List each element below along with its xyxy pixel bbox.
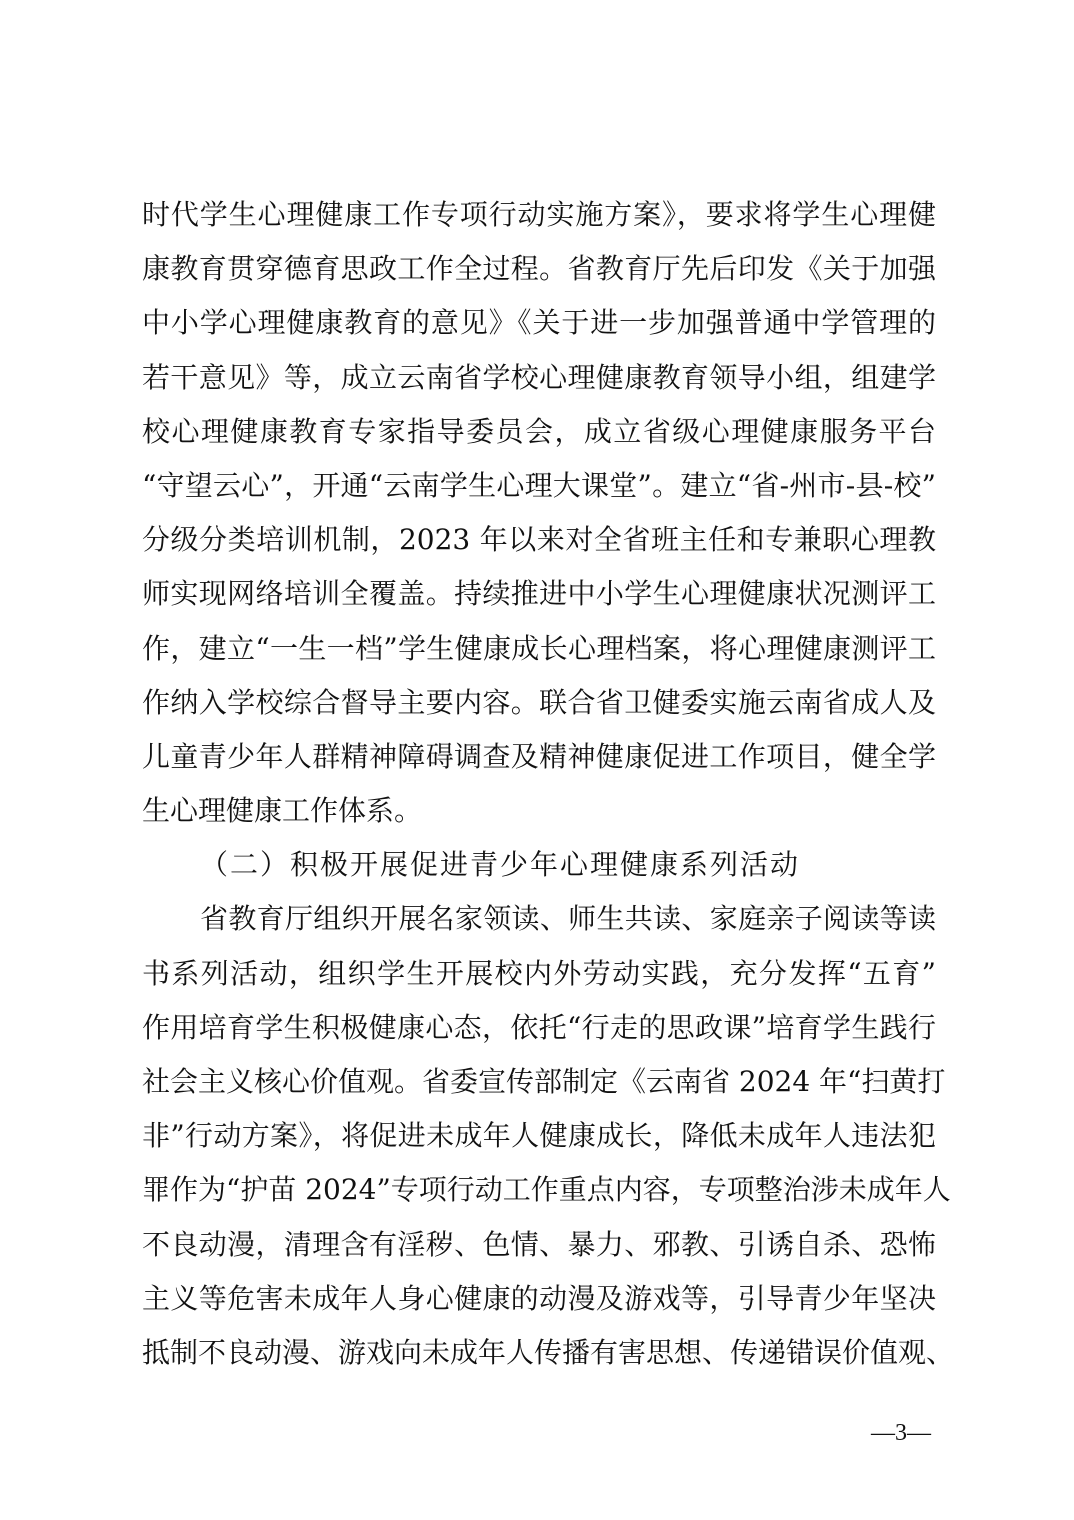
text-line: 时代学生心理健康工作专项行动实施方案》，要求将学生心理健 [142,192,936,246]
text-line: 抵制不良动漫、游戏向未成年人传播有害思想、传递错误价值观、 [142,1330,936,1384]
text-line: 作纳入学校综合督导主要内容。联合省卫健委实施云南省成人及 [142,680,936,734]
text-line: 罪作为“护苗 2024”专项行动工作重点内容，专项整治涉未成年人 [142,1167,936,1221]
text-line: 康教育贯穿德育思政工作全过程。省教育厅先后印发《关于加强 [142,246,936,300]
text-line: 非”行动方案》，将促进未成年人健康成长，降低未成年人违法犯 [142,1113,936,1167]
text-line: “守望云心”，开通“云南学生心理大课堂”。建立“省-州市-县-校” [142,463,936,517]
text-line: 不良动漫，清理含有淫秽、色情、暴力、邪教、引诱自杀、恐怖 [142,1222,936,1276]
text-line: 主义等危害未成年人身心健康的动漫及游戏等，引导青少年坚决 [142,1276,936,1330]
page-number: —3— [866,1420,936,1447]
document-page: 时代学生心理健康工作专项行动实施方案》，要求将学生心理健 康教育贯穿德育思政工作… [142,192,936,1384]
paragraph-1: 时代学生心理健康工作专项行动实施方案》，要求将学生心理健 康教育贯穿德育思政工作… [142,192,936,842]
text-line: 书系列活动，组织学生开展校内外劳动实践，充分发挥“五育” [142,951,936,1005]
text-line: 省教育厅组织开展名家领读、师生共读、家庭亲子阅读等读 [142,896,936,950]
text-line: 作，建立“一生一档”学生健康成长心理档案，将心理健康测评工 [142,626,936,680]
text-line: 师实现网络培训全覆盖。持续推进中小学生心理健康状况测评工 [142,571,936,625]
text-line: 生心理健康工作体系。 [142,788,936,842]
section-heading: （二）积极开展促进青少年心理健康系列活动 [142,842,936,896]
text-line: 分级分类培训机制，2023 年以来对全省班主任和专兼职心理教 [142,517,936,571]
text-line: 若干意见》等，成立云南省学校心理健康教育领导小组，组建学 [142,355,936,409]
text-line: 作用培育学生积极健康心态，依托“行走的思政课”培育学生践行 [142,1005,936,1059]
text-line: 中小学心理健康教育的意见》《关于进一步加强普通中学管理的 [142,300,936,354]
text-line: 儿童青少年人群精神障碍调查及精神健康促进工作项目，健全学 [142,734,936,788]
paragraph-2: 省教育厅组织开展名家领读、师生共读、家庭亲子阅读等读 书系列活动，组织学生开展校… [142,896,936,1384]
text-line: 校心理健康教育专家指导委员会，成立省级心理健康服务平台 [142,409,936,463]
text-line: 社会主义核心价值观。省委宣传部制定《云南省 2024 年“扫黄打 [142,1059,936,1113]
